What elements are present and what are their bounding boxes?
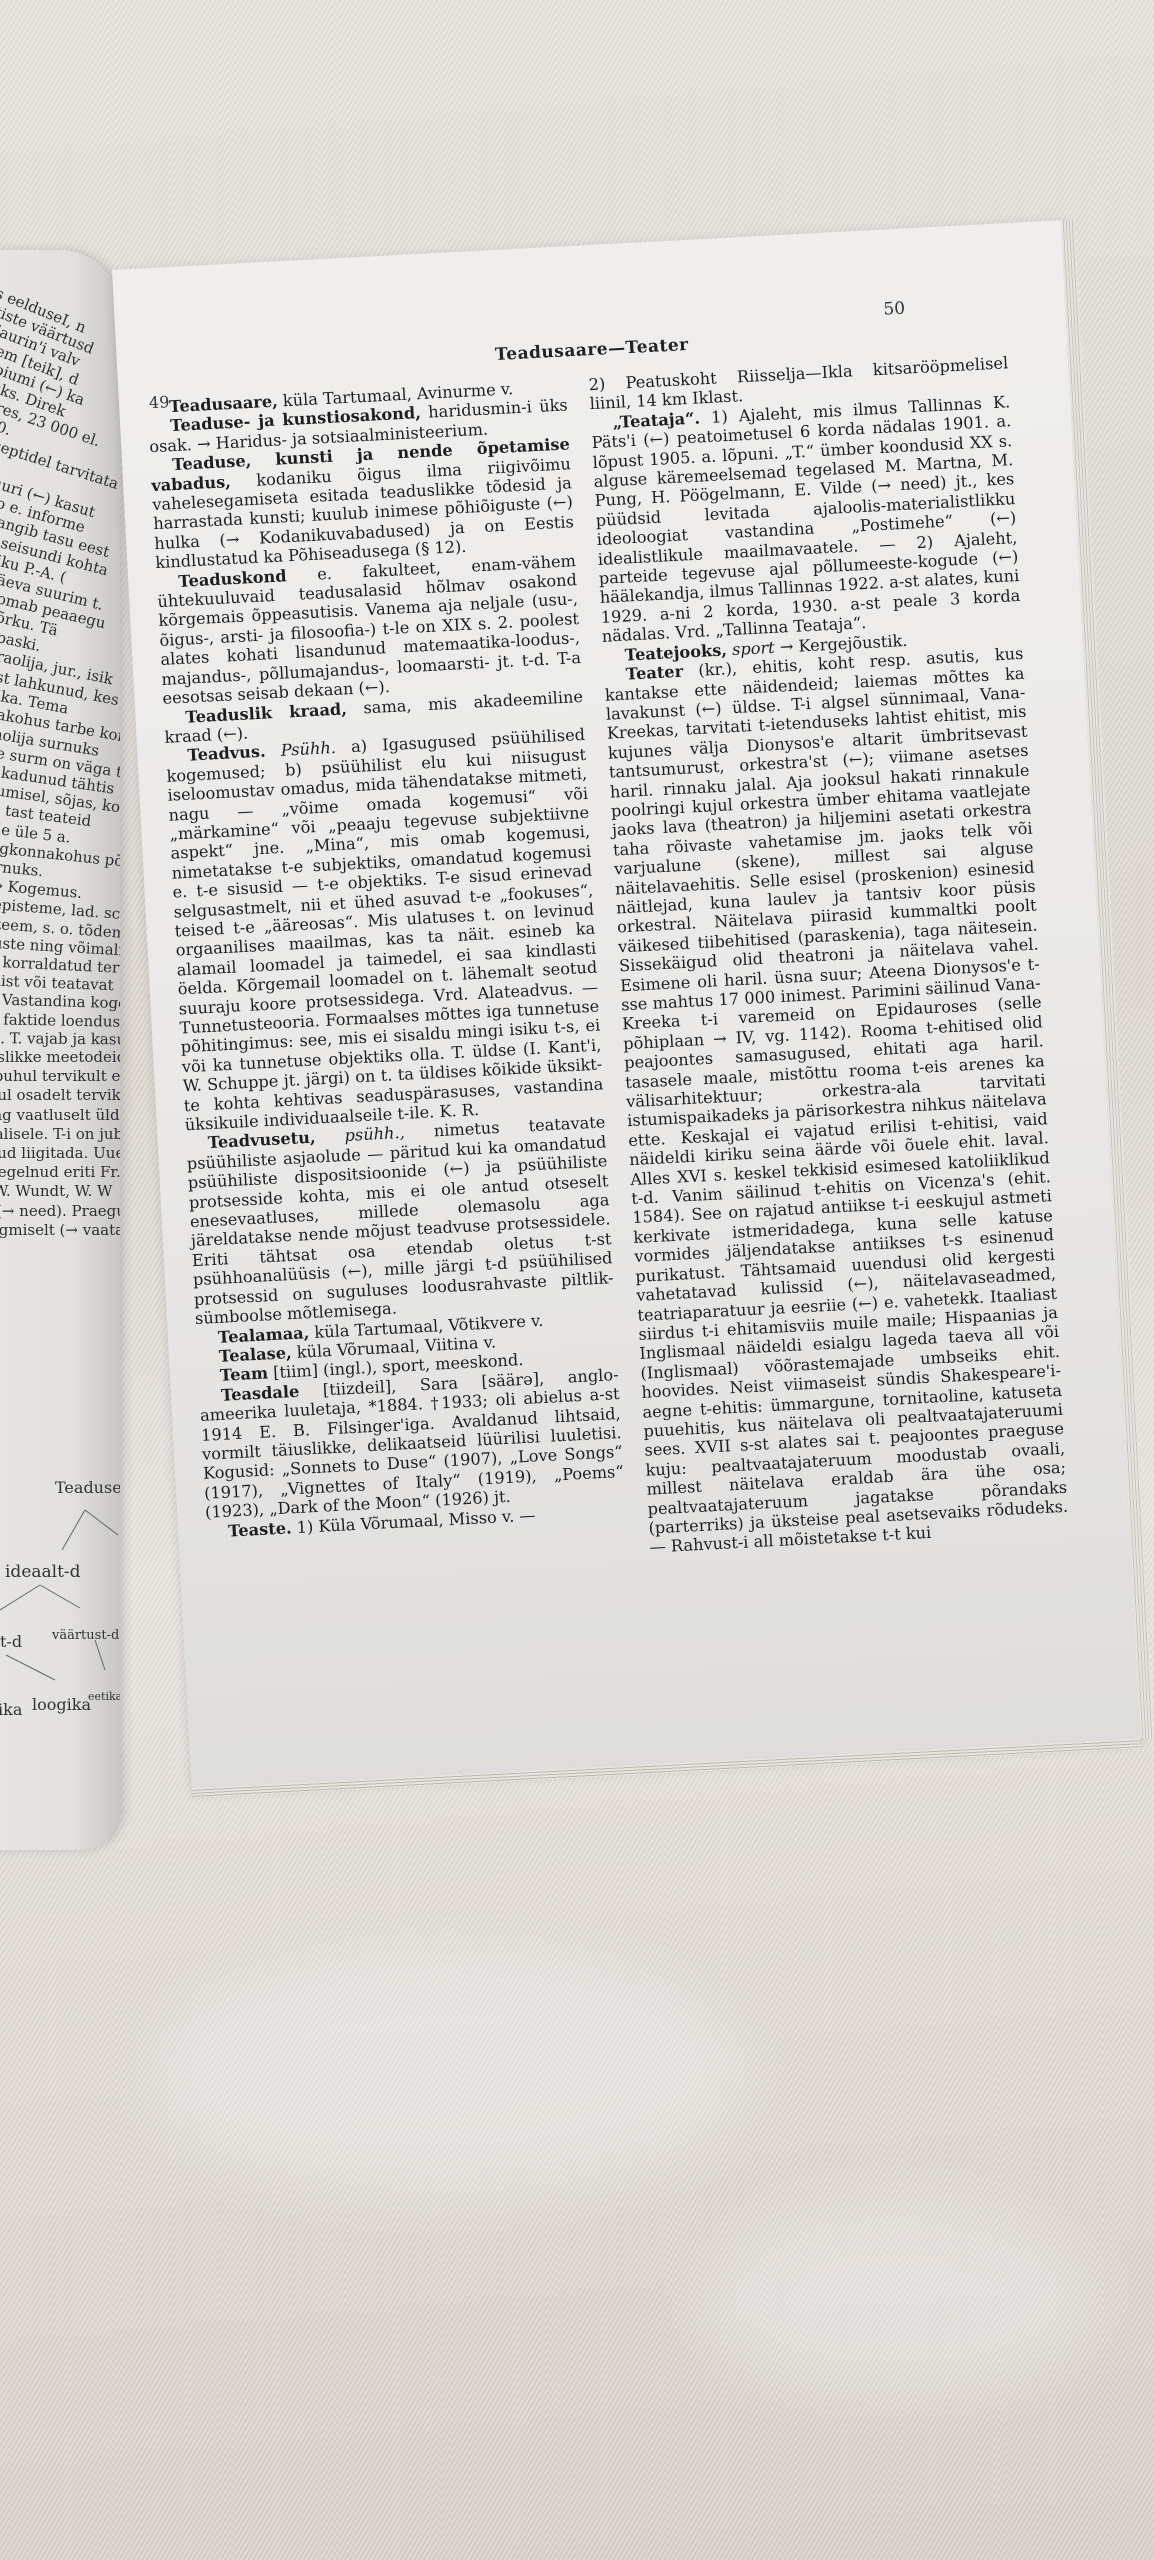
right-page: 50 Teadusaare—Teater 49 Teadusaare, küla…	[112, 220, 1140, 1788]
dictionary-entry: Teadvusetu, psühh., nimetus teatavate ps…	[185, 1113, 615, 1329]
left-page-line: osalisele. T-i on juba	[0, 1125, 120, 1143]
entry-field-label: Psühh.	[280, 738, 336, 760]
page-stack-bottom	[192, 1738, 1141, 1798]
dictionary-entry: „Teataja“. 1) Ajaleht, mis ilmus Tallinn…	[590, 392, 1022, 647]
tree-diagram-lines	[0, 1490, 120, 1710]
dictionary-entry: Teaduse, kunsti ja nende õpetamise vabad…	[150, 435, 576, 573]
left-page-line: a tegelnud eriti Fr. Bacon	[0, 1163, 120, 1181]
left-page-line: gi. Vastandina kogem	[0, 990, 120, 1013]
page-stack-edge	[1061, 220, 1154, 1739]
dictionary-entry: Teaduskond e. fakulteet, enam-vähem ühte…	[156, 551, 583, 709]
dictionary-entry: Teasdale [tiizdeil], Sara [säärə], anglo…	[199, 1365, 626, 1523]
left-page-line: -) puhul tervikult eel	[0, 1067, 120, 1085]
entry-headword: Team	[220, 1364, 269, 1385]
left-page-line: r, W. Wundt, W. W	[0, 1182, 112, 1200]
left-page: ks eelduseI, nctiste väärtusdclaurin'i v…	[0, 250, 120, 1850]
entry-headword: Teater	[625, 662, 683, 684]
left-page-line: ning vaatluselt üldiste	[0, 1106, 120, 1124]
entry-body: 1) Ajaleht, mis ilmus Tallinnas K. Päts'…	[591, 392, 1021, 646]
entry-body: a) Igasugused psüühilised kogemused; b) …	[166, 725, 604, 1134]
dictionary-entry: Teater (kr.), ehitis, koht resp. asutis,…	[603, 644, 1069, 1557]
left-page-line: ult faktide loendus	[0, 1010, 120, 1031]
entry-headword: Teaste.	[228, 1518, 292, 1540]
left-page-line: järgmiselt (→ vaata	[0, 1221, 120, 1239]
cloth-highlight	[700, 2200, 1100, 2400]
dictionary-entry: Teadvus. Psühh. a) Igasugused psüühilise…	[165, 725, 605, 1135]
left-page-line: dnud liigitada. Uuem	[0, 1144, 120, 1162]
left-page-line: duslikke meetodeid (	[0, 1048, 120, 1066]
left-page-line: rt (→ need). Praegu	[0, 1202, 120, 1220]
entry-body: (kr.), ehitis, koht resp. asutis, kus ka…	[604, 644, 1068, 1557]
entry-field-label: sport	[732, 638, 776, 659]
cloth-highlight	[150, 1950, 750, 2200]
right-column: 2) Peatuskoht Riisselja—Ikla kitsarööpme…	[588, 353, 1069, 1557]
page-number-right: 50	[883, 299, 906, 320]
left-page-line: usi. T. vajab ja kasut	[0, 1029, 120, 1048]
entry-field-label: psühh.,	[344, 1123, 405, 1145]
left-column: Teadusaare, küla Tartumaal, Avinurme v.T…	[147, 376, 626, 1541]
left-page-line: uhul osadelt tervikule	[0, 1086, 120, 1104]
